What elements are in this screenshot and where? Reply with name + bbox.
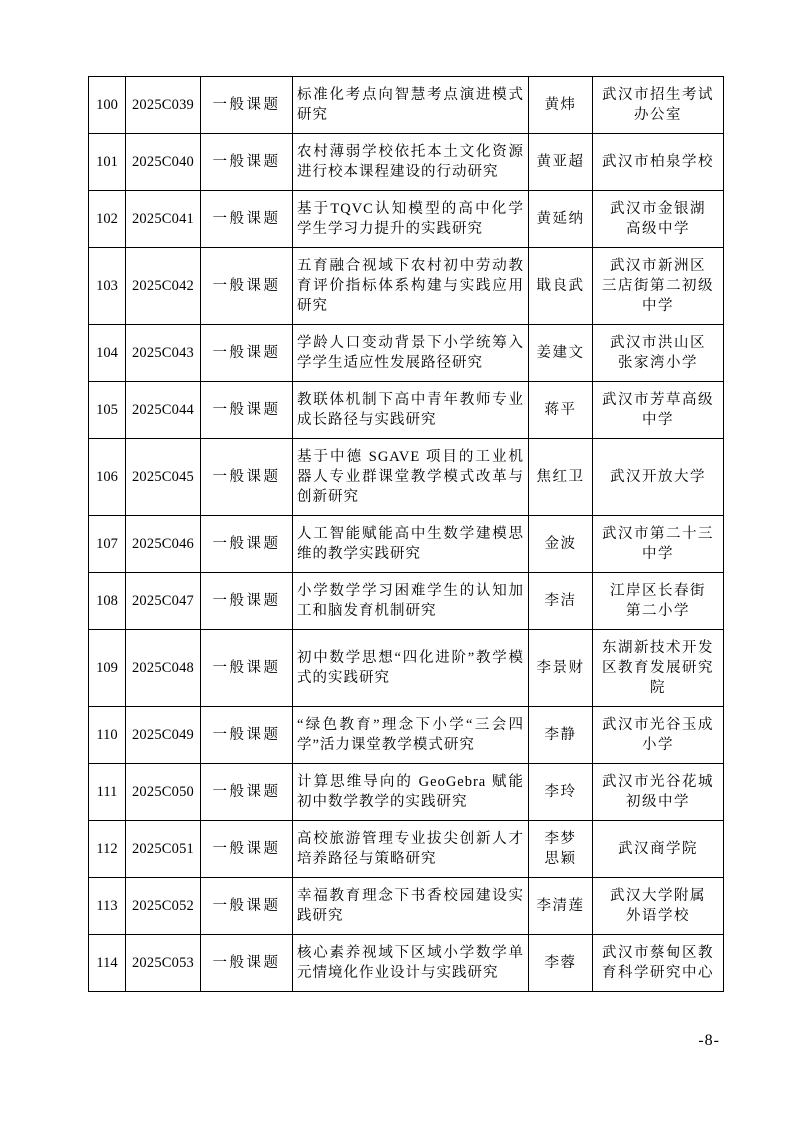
document-page: 100 2025C039 一般课题 标准化考点向智慧考点演进模式研究 黄炜 武汉… — [0, 0, 794, 1123]
cell-project-title: 农村薄弱学校依托本土文化资源进行校本课程建设的行动研究 — [293, 134, 529, 191]
cell-project-title: 学龄人口变动背景下小学统筹入学学生适应性发展路径研究 — [293, 325, 529, 382]
cell-project-code: 2025C043 — [126, 325, 201, 382]
cell-project-code: 2025C045 — [126, 439, 201, 516]
cell-institution: 武汉商学院 — [593, 821, 724, 878]
cell-institution: 武汉市光谷玉成 小学 — [593, 707, 724, 764]
cell-leader-name: 李玲 — [529, 764, 593, 821]
cell-category: 一般课题 — [201, 191, 293, 248]
cell-project-code: 2025C047 — [126, 573, 201, 630]
cell-row-number: 103 — [89, 248, 126, 325]
cell-leader-name: 李蓉 — [529, 935, 593, 992]
cell-project-title: 标准化考点向智慧考点演进模式研究 — [293, 77, 529, 134]
cell-row-number: 108 — [89, 573, 126, 630]
cell-project-title: 基于中德 SGAVE 项目的工业机器人专业群课堂教学模式改革与创新研究 — [293, 439, 529, 516]
cell-category: 一般课题 — [201, 878, 293, 935]
cell-project-code: 2025C039 — [126, 77, 201, 134]
cell-leader-name: 李景财 — [529, 630, 593, 707]
cell-project-title: 教联体机制下高中青年教师专业成长路径与实践研究 — [293, 382, 529, 439]
cell-project-code: 2025C049 — [126, 707, 201, 764]
cell-row-number: 101 — [89, 134, 126, 191]
table-row: 104 2025C043 一般课题 学龄人口变动背景下小学统筹入学学生适应性发展… — [89, 325, 724, 382]
cell-row-number: 112 — [89, 821, 126, 878]
cell-row-number: 107 — [89, 516, 126, 573]
cell-leader-name: 李清莲 — [529, 878, 593, 935]
cell-project-code: 2025C046 — [126, 516, 201, 573]
cell-project-title: 高校旅游管理专业拔尖创新人才培养路径与策略研究 — [293, 821, 529, 878]
cell-category: 一般课题 — [201, 821, 293, 878]
cell-institution: 东湖新技术开发 区教育发展研究 院 — [593, 630, 724, 707]
cell-row-number: 114 — [89, 935, 126, 992]
cell-category: 一般课题 — [201, 707, 293, 764]
cell-institution: 武汉市光谷花城 初级中学 — [593, 764, 724, 821]
cell-project-title: 计算思维导向的 GeoGebra 赋能初中数学教学的实践研究 — [293, 764, 529, 821]
cell-row-number: 100 — [89, 77, 126, 134]
cell-leader-name: 李梦 思颖 — [529, 821, 593, 878]
cell-institution: 武汉大学附属 外语学校 — [593, 878, 724, 935]
cell-project-title: 核心素养视域下区域小学数学单元情境化作业设计与实践研究 — [293, 935, 529, 992]
cell-institution: 武汉市洪山区 张家湾小学 — [593, 325, 724, 382]
cell-project-code: 2025C053 — [126, 935, 201, 992]
cell-leader-name: 姜建文 — [529, 325, 593, 382]
cell-institution: 武汉市金银湖 高级中学 — [593, 191, 724, 248]
table-row: 101 2025C040 一般课题 农村薄弱学校依托本土文化资源进行校本课程建设… — [89, 134, 724, 191]
table-row: 107 2025C046 一般课题 人工智能赋能高中生数学建模思维的教学实践研究… — [89, 516, 724, 573]
table-row: 103 2025C042 一般课题 五育融合视域下农村初中劳动教育评价指标体系构… — [89, 248, 724, 325]
cell-project-code: 2025C050 — [126, 764, 201, 821]
cell-leader-name: 金波 — [529, 516, 593, 573]
cell-category: 一般课题 — [201, 134, 293, 191]
cell-row-number: 111 — [89, 764, 126, 821]
cell-row-number: 105 — [89, 382, 126, 439]
cell-row-number: 104 — [89, 325, 126, 382]
table-row: 114 2025C053 一般课题 核心素养视域下区域小学数学单元情境化作业设计… — [89, 935, 724, 992]
table-row: 113 2025C052 一般课题 幸福教育理念下书香校园建设实践研究 李清莲 … — [89, 878, 724, 935]
cell-leader-name: 黄炜 — [529, 77, 593, 134]
table-row: 110 2025C049 一般课题 “绿色教育”理念下小学“三会四学”活力课堂教… — [89, 707, 724, 764]
cell-project-title: 初中数学思想“四化进阶”教学模式的实践研究 — [293, 630, 529, 707]
cell-project-code: 2025C041 — [126, 191, 201, 248]
cell-leader-name: 李静 — [529, 707, 593, 764]
table-row: 111 2025C050 一般课题 计算思维导向的 GeoGebra 赋能初中数… — [89, 764, 724, 821]
cell-row-number: 113 — [89, 878, 126, 935]
cell-institution: 武汉市新洲区 三店街第二初级 中学 — [593, 248, 724, 325]
cell-category: 一般课题 — [201, 630, 293, 707]
cell-leader-name: 焦红卫 — [529, 439, 593, 516]
cell-project-code: 2025C052 — [126, 878, 201, 935]
cell-category: 一般课题 — [201, 77, 293, 134]
cell-project-code: 2025C042 — [126, 248, 201, 325]
cell-category: 一般课题 — [201, 439, 293, 516]
cell-project-title: 五育融合视域下农村初中劳动教育评价指标体系构建与实践应用研究 — [293, 248, 529, 325]
cell-category: 一般课题 — [201, 325, 293, 382]
cell-category: 一般课题 — [201, 248, 293, 325]
cell-project-title: 小学数学学习困难学生的认知加工和脑发育机制研究 — [293, 573, 529, 630]
page-number: -8- — [698, 1032, 720, 1050]
cell-project-title: 基于TQVC认知模型的高中化学学生学习力提升的实践研究 — [293, 191, 529, 248]
cell-category: 一般课题 — [201, 764, 293, 821]
cell-row-number: 110 — [89, 707, 126, 764]
cell-category: 一般课题 — [201, 516, 293, 573]
cell-row-number: 109 — [89, 630, 126, 707]
cell-leader-name: 戢良武 — [529, 248, 593, 325]
cell-institution: 江岸区长春街 第二小学 — [593, 573, 724, 630]
table-row: 102 2025C041 一般课题 基于TQVC认知模型的高中化学学生学习力提升… — [89, 191, 724, 248]
cell-leader-name: 黄亚超 — [529, 134, 593, 191]
cell-institution: 武汉市柏泉学校 — [593, 134, 724, 191]
cell-project-code: 2025C040 — [126, 134, 201, 191]
table-body: 100 2025C039 一般课题 标准化考点向智慧考点演进模式研究 黄炜 武汉… — [89, 77, 724, 992]
cell-category: 一般课题 — [201, 935, 293, 992]
cell-leader-name: 蒋平 — [529, 382, 593, 439]
cell-project-title: 幸福教育理念下书香校园建设实践研究 — [293, 878, 529, 935]
table-row: 112 2025C051 一般课题 高校旅游管理专业拔尖创新人才培养路径与策略研… — [89, 821, 724, 878]
cell-leader-name: 黄延纳 — [529, 191, 593, 248]
table-row: 105 2025C044 一般课题 教联体机制下高中青年教师专业成长路径与实践研… — [89, 382, 724, 439]
cell-institution: 武汉市芳草高级 中学 — [593, 382, 724, 439]
cell-row-number: 102 — [89, 191, 126, 248]
table-row: 108 2025C047 一般课题 小学数学学习困难学生的认知加工和脑发育机制研… — [89, 573, 724, 630]
table-row: 109 2025C048 一般课题 初中数学思想“四化进阶”教学模式的实践研究 … — [89, 630, 724, 707]
cell-institution: 武汉市第二十三 中学 — [593, 516, 724, 573]
projects-table: 100 2025C039 一般课题 标准化考点向智慧考点演进模式研究 黄炜 武汉… — [88, 76, 724, 992]
cell-row-number: 106 — [89, 439, 126, 516]
cell-category: 一般课题 — [201, 573, 293, 630]
cell-category: 一般课题 — [201, 382, 293, 439]
cell-institution: 武汉开放大学 — [593, 439, 724, 516]
table-row: 100 2025C039 一般课题 标准化考点向智慧考点演进模式研究 黄炜 武汉… — [89, 77, 724, 134]
cell-institution: 武汉市招生考试 办公室 — [593, 77, 724, 134]
cell-project-code: 2025C044 — [126, 382, 201, 439]
cell-project-title: “绿色教育”理念下小学“三会四学”活力课堂教学模式研究 — [293, 707, 529, 764]
cell-project-code: 2025C048 — [126, 630, 201, 707]
cell-leader-name: 李洁 — [529, 573, 593, 630]
cell-project-title: 人工智能赋能高中生数学建模思维的教学实践研究 — [293, 516, 529, 573]
cell-institution: 武汉市蔡甸区教 育科学研究中心 — [593, 935, 724, 992]
cell-project-code: 2025C051 — [126, 821, 201, 878]
table-row: 106 2025C045 一般课题 基于中德 SGAVE 项目的工业机器人专业群… — [89, 439, 724, 516]
